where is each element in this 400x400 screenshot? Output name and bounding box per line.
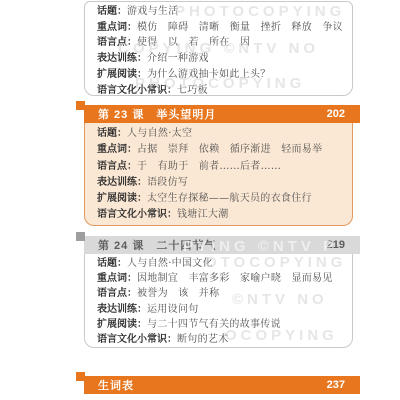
- row-label: 语言点：: [97, 161, 137, 172]
- toc-row-culture-tip: 语言文化小常识：断句的艺术: [97, 332, 346, 347]
- row-value: 断句的艺术: [177, 334, 229, 345]
- row-label: 语言点：: [97, 288, 137, 299]
- row-label: 话题：: [97, 258, 127, 269]
- toc-row-expression-training: 表达训练：介绍一种游戏: [97, 51, 346, 67]
- toc-row-topic: 话题：人与自然·太空: [97, 126, 346, 142]
- row-label: 语言文化小常识：: [97, 334, 177, 345]
- toc-row-topic: 话题：游戏与生活: [97, 4, 346, 20]
- row-value: 于 有助于 前者……后者……: [137, 161, 281, 172]
- lesson-23-body-box: 话题：人与自然·太空 重点词：占据 崇拜 依赖 循序渐进 轻而易举 语言点：于 …: [84, 122, 353, 226]
- row-value: 因地制宜 丰富多彩 家喻户晓 显而易见: [137, 273, 333, 284]
- row-value: 语段仿写: [147, 177, 188, 188]
- toc-row-keywords: 重点词：占据 崇拜 依赖 循序渐进 轻而易举: [97, 142, 346, 158]
- toc-row-language-points: 语言点：使得 以 若 所在 因: [97, 35, 346, 51]
- toc-row-extended-reading: 扩展阅读：与二十四节气有关的故事传说: [97, 317, 346, 332]
- row-label: 话题：: [97, 128, 127, 139]
- lesson-22-rows: 话题：游戏与生活 重点词：模仿 障碍 清晰 衡量 挫折 释放 争议 语言点：使得…: [85, 2, 352, 98]
- lesson-24-title: 第 24 课 二十四节气: [98, 237, 216, 253]
- toc-row-keywords: 重点词：模仿 障碍 清晰 衡量 挫折 释放 争议: [97, 20, 346, 36]
- toc-row-extended-reading: 扩展阅读：为什么游戏抽卡如此上头？: [97, 67, 346, 83]
- toc-row-language-points: 语言点：被誉为 该 并称: [97, 286, 346, 301]
- toc-row-extended-reading: 扩展阅读：太空生存探秘——航天员的衣食住行: [97, 191, 346, 207]
- row-label: 语言点：: [97, 37, 137, 48]
- lesson-24-body-box: 话题：人与自然·中国文化 重点词：因地制宜 丰富多彩 家喻户晓 显而易见 语言点…: [84, 253, 353, 348]
- row-value: 游戏与生活: [127, 6, 179, 17]
- row-label: 重点词：: [97, 273, 137, 284]
- row-value: 太空生存探秘——航天员的衣食住行: [147, 193, 312, 204]
- lesson-24-header-bar: 第 24 课 二十四节气 219: [84, 236, 360, 254]
- new-words-list-page-number: 237: [327, 379, 345, 391]
- toc-row-culture-tip: 语言文化小常识：钱塘江大潮: [97, 207, 346, 223]
- lesson-24-page-number: 219: [327, 239, 345, 251]
- row-label: 扩展阅读：: [97, 193, 147, 204]
- row-value: 为什么游戏抽卡如此上头？: [147, 69, 271, 80]
- lesson-23-page-number: 202: [327, 108, 345, 120]
- row-label: 扩展阅读：: [97, 319, 147, 330]
- row-value: 占据 崇拜 依赖 循序渐进 轻而易举: [137, 144, 322, 155]
- row-label: 重点词：: [97, 22, 137, 33]
- row-label: 扩展阅读：: [97, 69, 147, 80]
- row-value: 使得 以 若 所在 因: [137, 37, 250, 48]
- corner-tab-icon: [76, 232, 85, 241]
- toc-row-expression-training: 表达训练：运用设问句: [97, 302, 346, 317]
- row-label: 表达训练：: [97, 304, 147, 315]
- row-label: 表达训练：: [97, 53, 147, 64]
- row-value: 人与自然·太空: [127, 128, 192, 139]
- row-value: 运用设问句: [147, 304, 199, 315]
- lesson-24-rows: 话题：人与自然·中国文化 重点词：因地制宜 丰富多彩 家喻户晓 显而易见 语言点…: [85, 253, 352, 347]
- row-value: 钱塘江大潮: [177, 209, 229, 220]
- lesson-23-rows: 话题：人与自然·太空 重点词：占据 崇拜 依赖 循序渐进 轻而易举 语言点：于 …: [85, 122, 352, 224]
- corner-tab-icon: [76, 101, 85, 110]
- toc-row-topic: 话题：人与自然·中国文化: [97, 256, 346, 271]
- row-value: 与二十四节气有关的故事传说: [147, 319, 281, 330]
- row-label: 语言文化小常识：: [97, 209, 177, 220]
- row-value: 介绍一种游戏: [147, 53, 209, 64]
- row-label: 话题：: [97, 6, 127, 17]
- toc-row-keywords: 重点词：因地制宜 丰富多彩 家喻户晓 显而易见: [97, 271, 346, 286]
- row-value: 七巧板: [177, 85, 208, 96]
- row-value: 人与自然·中国文化: [127, 258, 213, 269]
- row-label: 表达训练：: [97, 177, 147, 188]
- toc-row-expression-training: 表达训练：语段仿写: [97, 175, 346, 191]
- corner-tab-icon: [76, 372, 85, 381]
- lesson-23-header-bar: 第 23 课 举头望明月 202: [84, 105, 360, 123]
- toc-row-culture-tip: 语言文化小常识：七巧板: [97, 83, 346, 99]
- row-label: 语言文化小常识：: [97, 85, 177, 96]
- new-words-list-title: 生词表: [98, 377, 134, 393]
- new-words-list-bar: 生词表 237: [84, 376, 360, 394]
- toc-row-language-points: 语言点：于 有助于 前者……后者……: [97, 159, 346, 175]
- row-value: 被誉为 该 并称: [137, 288, 219, 299]
- lesson-22-body-box: 话题：游戏与生活 重点词：模仿 障碍 清晰 衡量 挫折 释放 争议 语言点：使得…: [84, 1, 353, 96]
- row-label: 重点词：: [97, 144, 137, 155]
- row-value: 模仿 障碍 清晰 衡量 挫折 释放 争议: [137, 22, 343, 33]
- lesson-23-title: 第 23 课 举头望明月: [98, 106, 216, 122]
